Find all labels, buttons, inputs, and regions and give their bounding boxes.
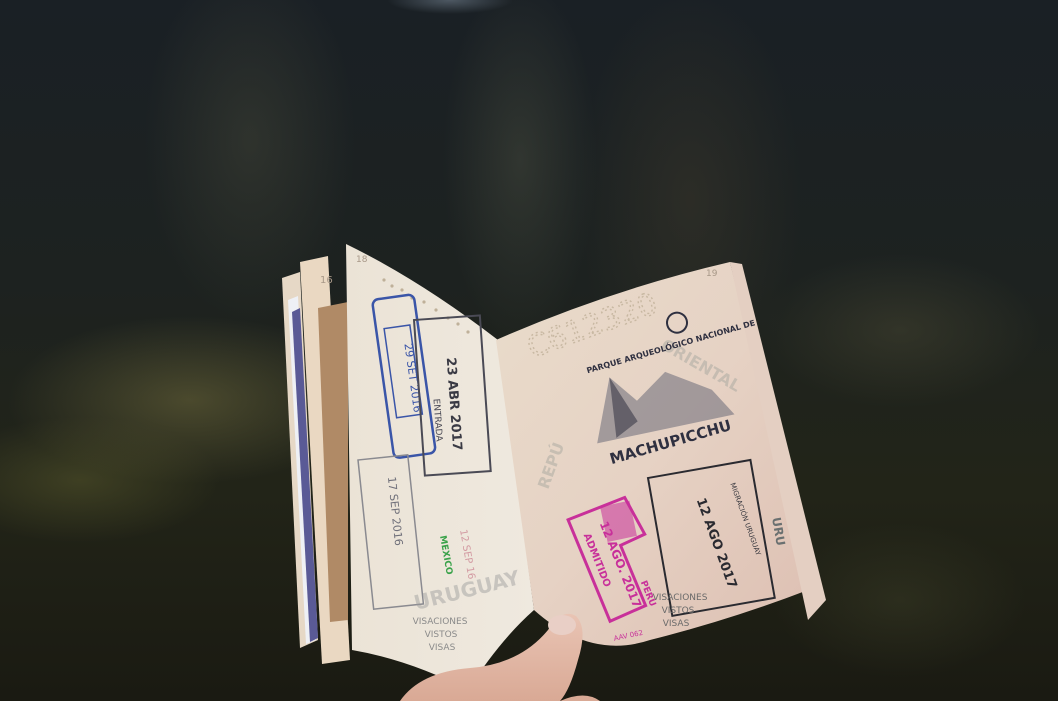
right-page-number: 19 [706, 269, 718, 279]
passport-photo: 16 18 29 SET 2016 23 ABR 2017 ENTRADA 17… [0, 0, 1058, 701]
left-page-number: 18 [356, 255, 368, 265]
left-page: 18 29 SET 2016 23 ABR 2017 ENTRADA 17 SE… [346, 244, 534, 690]
svg-text:VISTOS: VISTOS [425, 630, 458, 640]
svg-text:VISACIONES: VISACIONES [413, 617, 468, 627]
back-page-number: 16 [320, 275, 333, 286]
svg-text:VISAS: VISAS [429, 643, 456, 653]
svg-text:VISACIONES: VISACIONES [653, 593, 708, 603]
passport-illustration: 16 18 29 SET 2016 23 ABR 2017 ENTRADA 17… [0, 0, 1058, 701]
passport-page-stack: 16 [282, 256, 350, 664]
svg-text:VISTOS: VISTOS [662, 606, 695, 616]
right-page: 19 C612320 REPÚ ORIENTAL PARQUE ARQUEOLÓ… [496, 262, 826, 647]
thumbnail [548, 615, 576, 635]
svg-text:VISAS: VISAS [663, 619, 690, 629]
